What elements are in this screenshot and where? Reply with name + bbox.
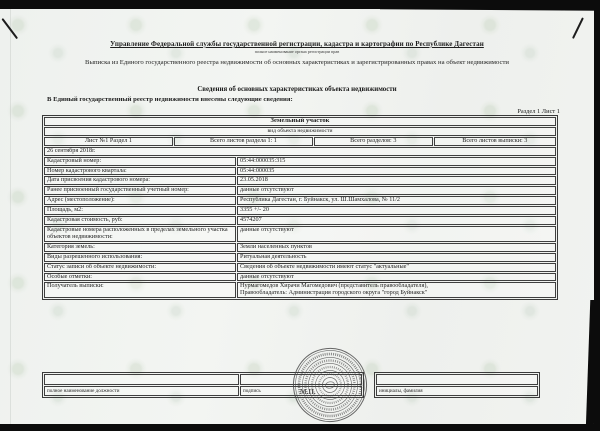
row-value: 23.05.2018 [237, 176, 556, 185]
photo-edge-bottom [0, 424, 600, 431]
table-row: Кадастровая стоимость, руб: 4574207 [44, 216, 556, 225]
registration-authority-title: Управление Федеральной службы государств… [0, 40, 594, 48]
table-row: Площадь, м2: 3355 +/- 20 [44, 206, 556, 215]
table-row: Особые отметки: данные отсутствуют [44, 273, 556, 282]
table-row: Земельный участок [44, 117, 556, 126]
row-label: Площадь, м2: [44, 206, 236, 215]
table-row: Получатель выписки: Нурмагомедов Хирачи … [44, 282, 556, 298]
table-row: Категория земель: Земли населенных пункт… [44, 243, 556, 252]
row-value: 05:44:000035:315 [237, 157, 556, 166]
paper-fold-line [10, 9, 11, 424]
row-label: Кадастровая стоимость, руб: [44, 216, 236, 225]
row-label: Кадастровый номер: [44, 157, 236, 166]
document-title: Выписка из Единого государственного реес… [0, 59, 594, 66]
row-value: 05:44:000035 [237, 167, 556, 176]
row-label: Виды разрешенного использования: [44, 253, 236, 262]
row-value: Земли населенных пунктов [237, 243, 556, 252]
position-caption: полное наименование должности [44, 386, 239, 396]
row-label: Кадастровые номера расположенных в преде… [44, 226, 236, 242]
row-label: Дата присвоения кадастрового номера: [44, 176, 236, 185]
row-value: 3355 +/- 20 [237, 206, 556, 215]
row-value: данные отсутствуют [237, 226, 556, 242]
table-row: Адрес (местоположение): Республика Дагес… [44, 196, 556, 205]
row-label: Номер кадастрового квартала: [44, 167, 236, 176]
table-row: 26 сентября 2018г. [44, 147, 556, 156]
row-value: Ритуальная деятельность [237, 253, 556, 262]
table-row: Дата присвоения кадастрового номера: 23.… [44, 176, 556, 185]
row-value: Сведения об объекте недвижимости имеют с… [237, 263, 556, 272]
table-row: вид объекта недвижимости [44, 127, 556, 136]
section-sheet-label: Раздел 1 Лист 1 [517, 108, 560, 115]
table-row: Кадастровые номера расположенных в преде… [44, 226, 556, 242]
table-row: Статус записи об объекте недвижимости: С… [44, 263, 556, 272]
row-value: Нурмагомедов Хирачи Магомедович (предста… [237, 282, 556, 298]
sheet-cell: Всего листов выписки: 3 [434, 137, 556, 146]
object-type-caption: вид объекта недвижимости [44, 127, 556, 136]
official-seal-icon [291, 346, 369, 424]
object-type: Земельный участок [44, 117, 556, 126]
table-row: Кадастровый номер: 05:44:000035:315 [44, 157, 556, 166]
row-label: Ранее присвоенный государственный учетны… [44, 186, 236, 195]
row-label: Особые отметки: [44, 273, 236, 282]
signature-table-right: инициалы, фамилия [374, 372, 540, 398]
table-row: Лист №1 Раздел 1 Всего листов раздела 1:… [44, 137, 556, 146]
table-row: Виды разрешенного использования: Ритуаль… [44, 253, 556, 262]
table-row [376, 374, 538, 385]
scanned-egrn-extract-photo: Управление Федеральной службы государств… [0, 0, 600, 431]
row-label: Статус записи об объекте недвижимости: [44, 263, 236, 272]
authority-caption: полное наименование органа регистрации п… [0, 49, 594, 54]
table-row: инициалы, фамилия [376, 386, 538, 396]
sheet-cell: Лист №1 Раздел 1 [44, 137, 173, 146]
table-row: Ранее присвоенный государственный учетны… [44, 186, 556, 195]
row-value: данные отсутствуют [237, 186, 556, 195]
statement-title: Сведения об основных характеристиках объ… [0, 86, 594, 93]
row-label: Категория земель: [44, 243, 236, 252]
extract-date: 26 сентября 2018г. [44, 147, 556, 156]
table-row: Номер кадастрового квартала: 05:44:00003… [44, 167, 556, 176]
object-characteristics-table: Земельный участок вид объекта недвижимос… [42, 115, 558, 300]
sheet-cell: Всего листов раздела 1: 1 [174, 137, 313, 146]
row-label: Получатель выписки: [44, 282, 236, 298]
row-label: Адрес (местоположение): [44, 196, 236, 205]
name-caption: инициалы, фамилия [376, 386, 538, 396]
row-value: данные отсутствуют [237, 273, 556, 282]
name-field [376, 374, 538, 385]
intro-line: В Единый государственный реестр недвижим… [47, 96, 293, 103]
position-signature-field [44, 374, 239, 385]
row-value: 4574207 [237, 216, 556, 225]
row-value: Республика Дагестан, г. Буйнакск, ул. Ш.… [237, 196, 556, 205]
sheet-cell: Всего разделов: 3 [314, 137, 433, 146]
